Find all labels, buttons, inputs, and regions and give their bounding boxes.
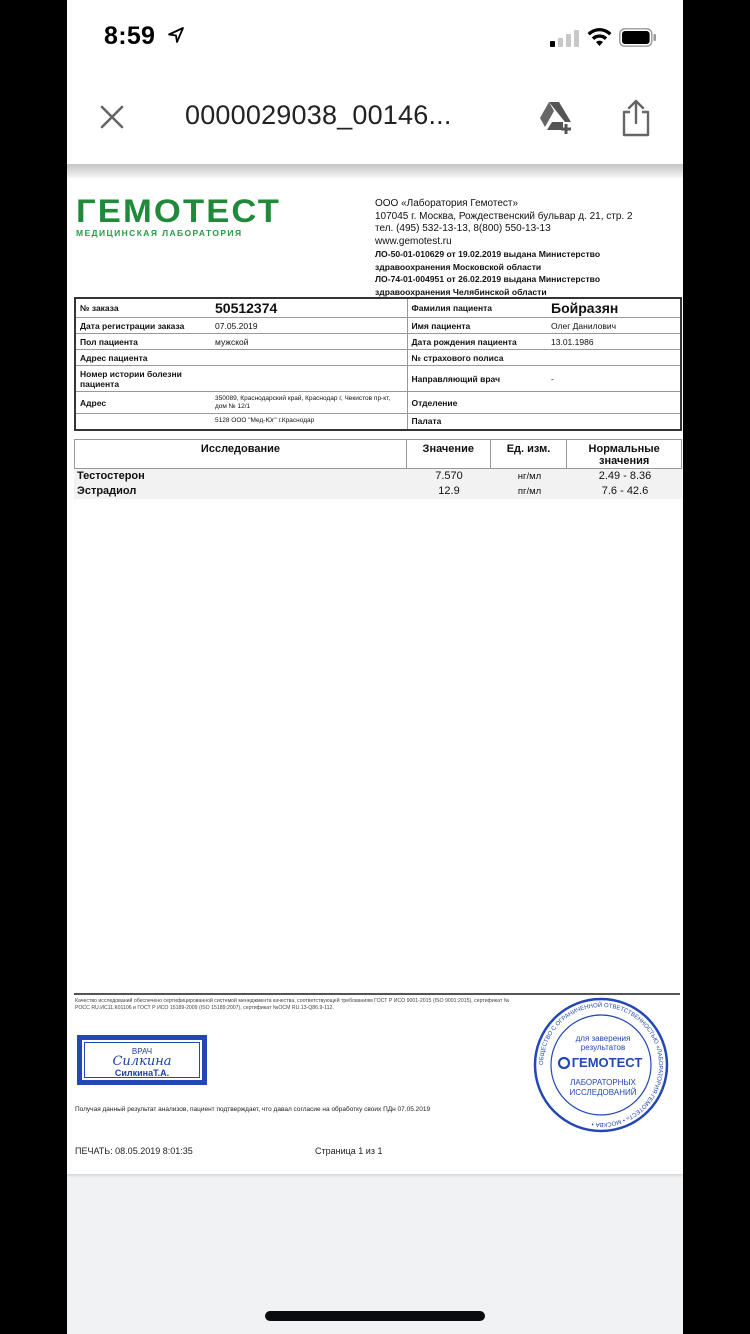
patient-surname: Бойразян [547,298,681,318]
consent-text: Получая данный результат анализов, пацие… [75,1106,430,1113]
add-to-drive-icon[interactable] [537,100,577,136]
table-row: Адрес пациента № страхового полиса [75,350,681,366]
table-row: Адрес 350089, Краснодарский край, Красно… [75,392,681,414]
pdf-viewer-screen: 8:59 0000029038_00146... [67,0,683,1334]
nav-bar: 0000029038_00146... [67,78,683,164]
status-time: 8:59 [104,22,155,51]
print-timestamp: ПЕЧАТЬ: 08.05.2019 8:01:35 [75,1146,193,1156]
cellular-signal-icon [550,30,580,47]
quality-note: Качество исследований обеспечено сертифи… [75,998,515,1011]
pdf-page[interactable]: ГЕМОТЕСТ МЕДИЦИНСКАЯ ЛАБОРАТОРИЯ ООО «Ла… [67,178,683,1174]
close-icon[interactable] [97,102,127,132]
svg-text:ГЕМОТЕСТ: ГЕМОТЕСТ [572,1055,643,1070]
wifi-icon [587,27,612,47]
svg-text:ЛАБОРАТОРНЫХ: ЛАБОРАТОРНЫХ [570,1078,636,1087]
result-row-testosterone: Тестостерон 7.570 нг/мл 2.49 - 8.36 [74,469,682,484]
results-header: Исследование Значение Ед. изм. Нормальны… [74,439,682,469]
table-row: № заказа 50512374 Фамилия пациента Бойра… [75,298,681,318]
document-title: 0000029038_00146... [185,100,452,131]
status-bar: 8:59 [67,0,683,78]
nav-shadow [67,164,683,178]
table-row: Номер истории болезни пациента Направляю… [75,366,681,392]
home-indicator[interactable] [265,1311,485,1321]
result-row-estradiol: Эстрадиол 12.9 пг/мл 7.6 - 42.6 [74,484,682,499]
svg-text:для заверения: для заверения [576,1034,631,1043]
gemotest-logo: ГЕМОТЕСТ МЕДИЦИНСКАЯ ЛАБОРАТОРИЯ [76,194,266,238]
table-row: 5128 ООО "Мед-Юг" г.Краснодар Палата [75,414,681,430]
location-arrow-icon [167,26,185,44]
patient-info-table: № заказа 50512374 Фамилия пациента Бойра… [74,297,682,431]
battery-icon [619,28,657,47]
svg-text:результатов: результатов [581,1043,625,1052]
lab-seal-stamp: ОБЩЕСТВО С ОГРАНИЧЕННОЙ ОТВЕТСТВЕННОСТЬЮ… [531,995,671,1135]
svg-text:ИССЛЕДОВАНИЙ: ИССЛЕДОВАНИЙ [570,1088,637,1097]
doctor-stamp: ВРАЧ Силкина СилкинаТ.А. [77,1035,207,1085]
page-number: Страница 1 из 1 [315,1146,382,1156]
doctor-signature: Силкина [85,1056,199,1068]
table-row: Дата регистрации заказа 07.05.2019 Имя п… [75,318,681,334]
share-icon[interactable] [619,98,653,138]
lab-info: ООО «Лаборатория Гемотест» 107045 г. Мос… [375,198,675,298]
table-row: Пол пациента мужской Дата рождения пацие… [75,334,681,350]
order-number: 50512374 [211,298,407,318]
